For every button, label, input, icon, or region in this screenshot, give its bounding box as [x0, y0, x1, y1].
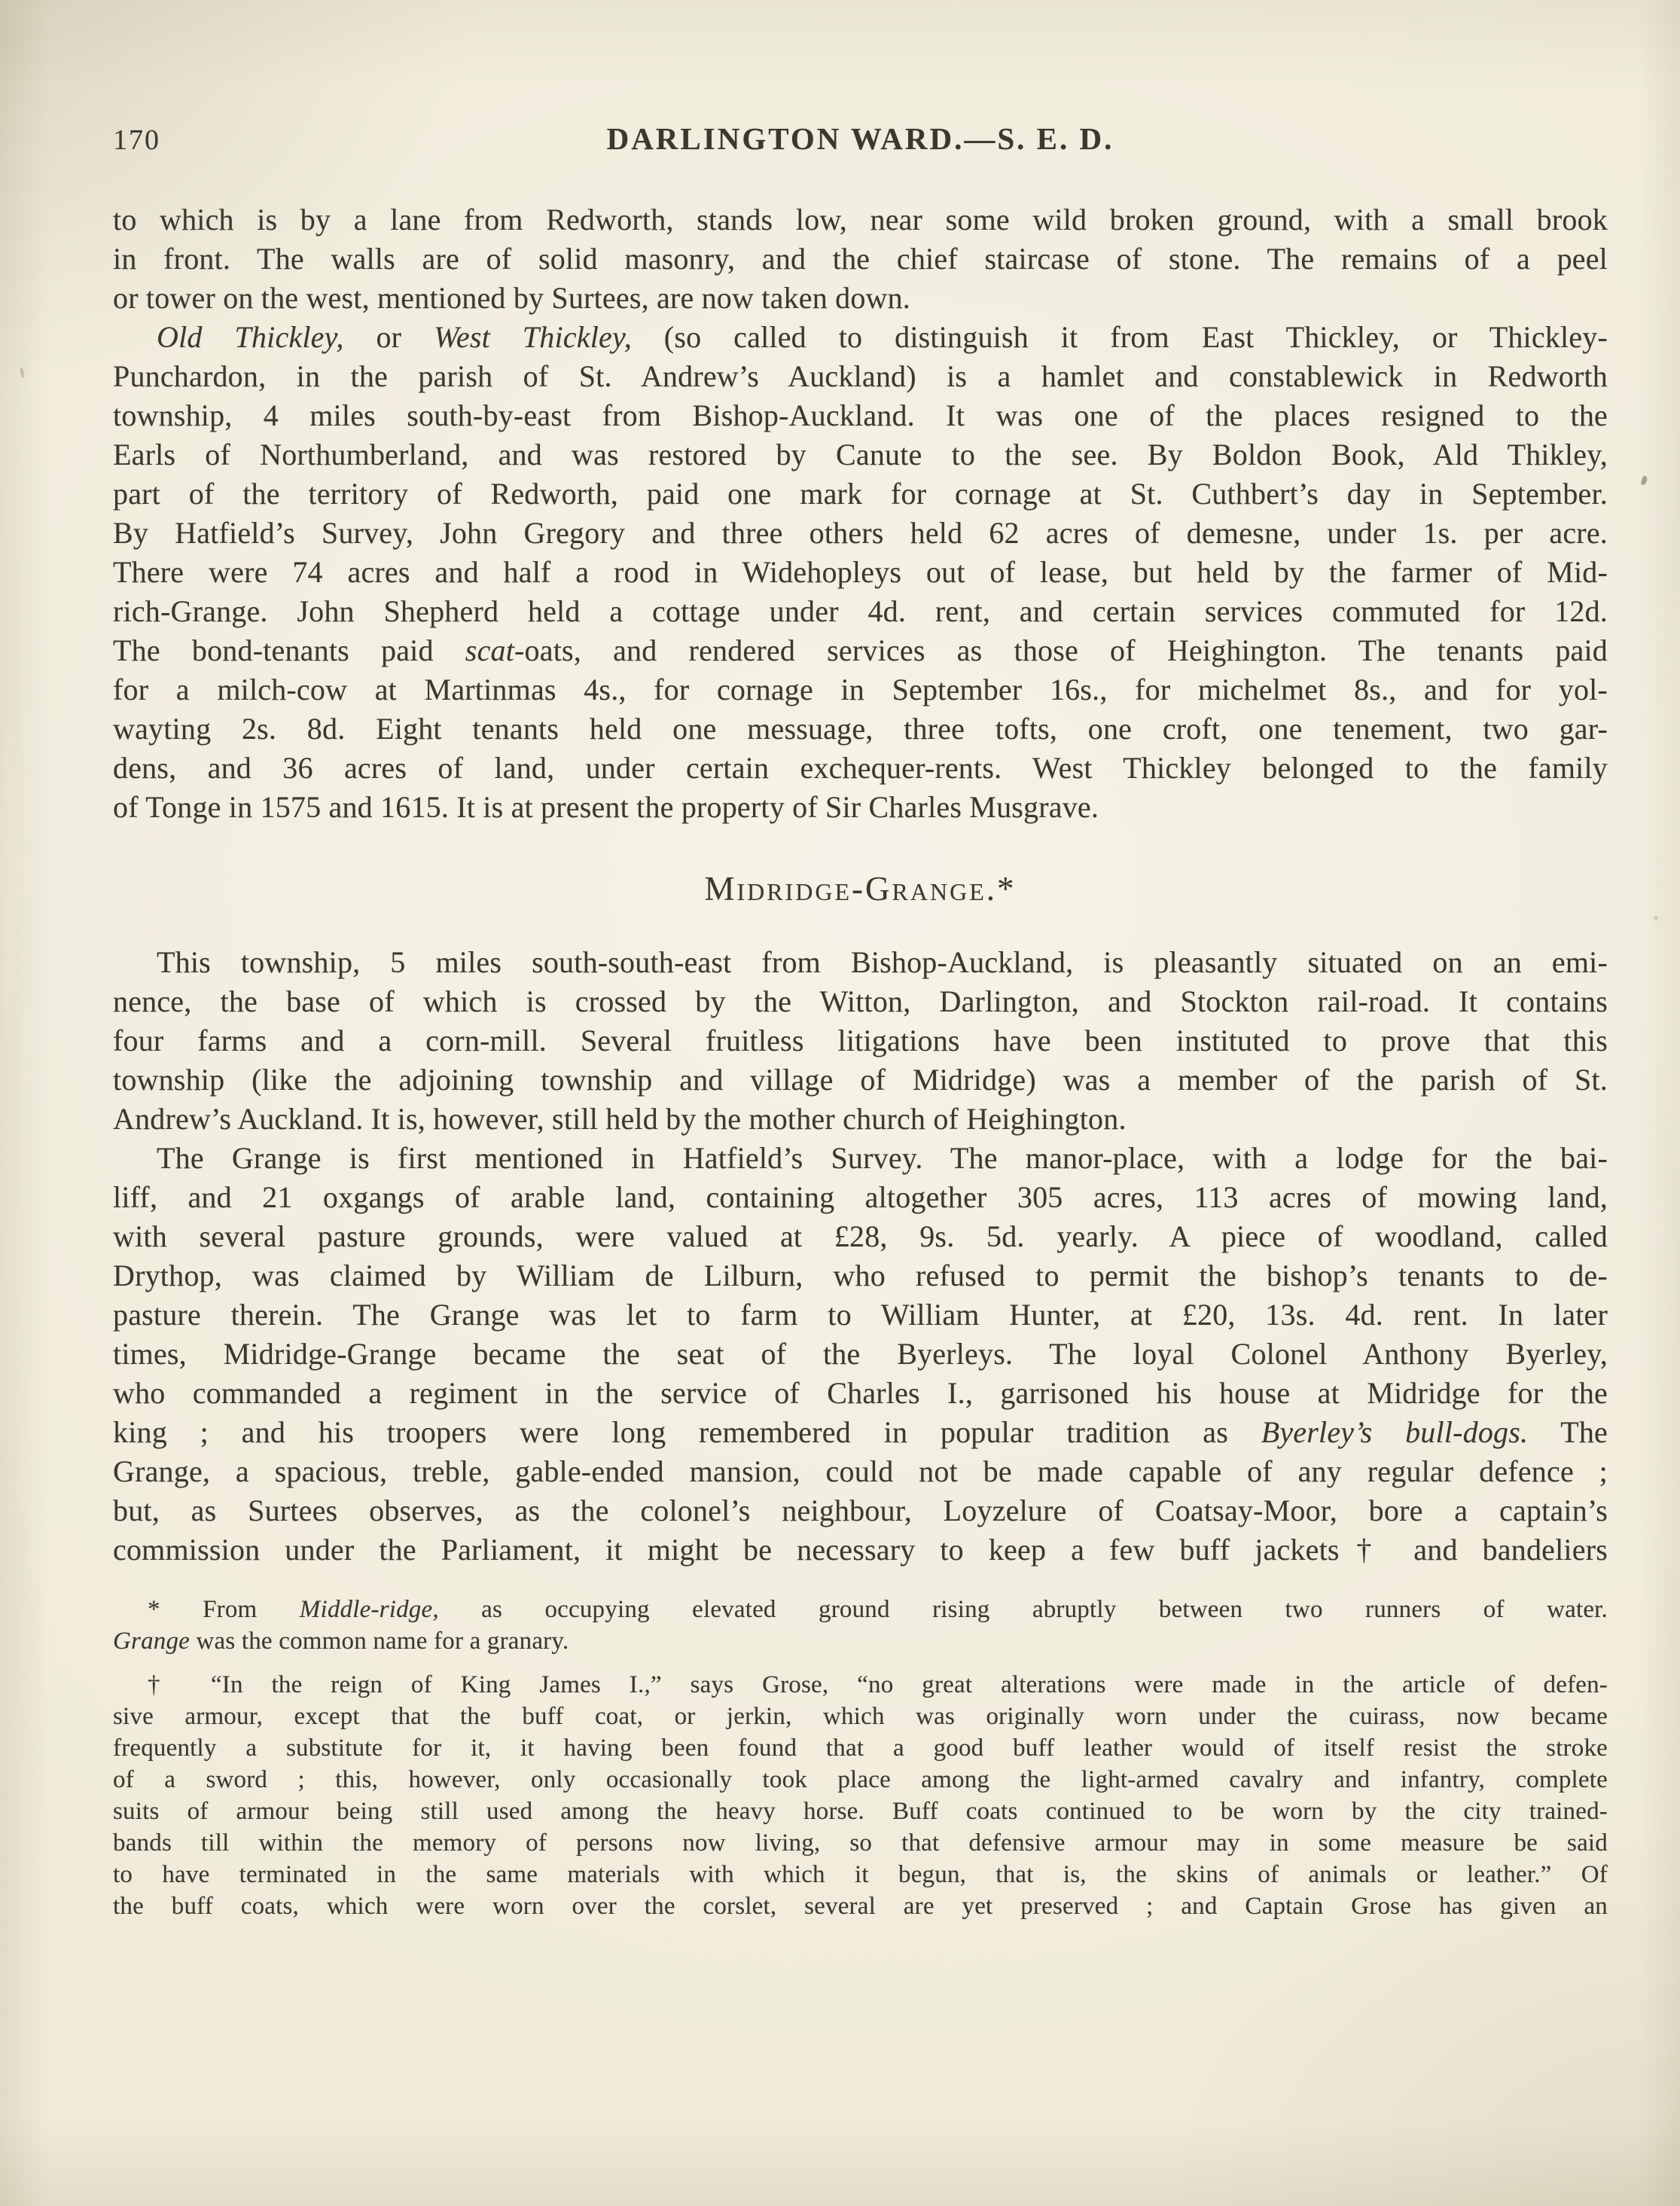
text-line: suits of armour being still used among t…: [113, 1796, 1608, 1827]
text-segment: nence, the base of which is crossed by t…: [113, 984, 1608, 1018]
text-segment: bands till within the memory of persons …: [113, 1829, 1608, 1857]
text-segment: but, as Surtees observes, as the colonel…: [113, 1494, 1608, 1527]
text-segment: Andrew’s Auckland. It is, however, still…: [113, 1102, 1127, 1136]
text-line: By Hatfield’s Survey, John Gregory and t…: [113, 514, 1608, 553]
text-segment: for a milch-cow at Martinmas 4s., for co…: [113, 673, 1608, 706]
text-segment: Grange: [113, 1628, 190, 1655]
text-segment: Middle-ridge,: [300, 1596, 439, 1623]
text-segment: sive armour, except that the buff coat, …: [113, 1703, 1608, 1730]
text-line: rich-Grange. John Shepherd held a cottag…: [113, 592, 1608, 631]
text-segment: suits of armour being still used among t…: [113, 1798, 1608, 1825]
text-segment: Earls of Northumberland, and was restore…: [113, 438, 1608, 471]
text-segment: The Grange is first mentioned in Hatfiel…: [157, 1141, 1608, 1175]
book-page-scan: 170 DARLINGTON WARD.—S. E. D. to which i…: [0, 0, 1680, 2206]
text-segment: The bond-tenants paid: [113, 633, 465, 667]
footnote: † “In the reign of King James I.,” says …: [113, 1669, 1608, 1922]
text-line: of Tonge in 1575 and 1615. It is at pres…: [113, 788, 1608, 827]
text-line: who commanded a regiment in the service …: [113, 1374, 1608, 1413]
text-segment: in front. The walls are of solid masonry…: [113, 242, 1608, 276]
text-segment: or tower on the west, mentioned by Surte…: [113, 281, 910, 315]
text-segment: West Thickley,: [434, 320, 632, 354]
text-line: with several pasture grounds, were value…: [113, 1217, 1608, 1256]
section-heading: Midridge-Grange.*: [113, 869, 1608, 908]
text-segment: Punchardon, in the parish of St. Andrew’…: [113, 359, 1608, 393]
text-line: This township, 5 miles south-south-east …: [113, 943, 1608, 982]
text-line: part of the territory of Redworth, paid …: [113, 474, 1608, 514]
text-line: of a sword ; this, however, only occasio…: [113, 1764, 1608, 1796]
text-segment: Grange, a spacious, treble, gable-ended …: [113, 1454, 1608, 1488]
text-segment: frequently a substitute for it, it havin…: [113, 1735, 1608, 1762]
text-segment: the buff coats, which were worn over the…: [113, 1893, 1608, 1920]
text-segment: (so called to distinguish it from East T…: [632, 320, 1608, 354]
text-segment: -oats, and rendered services as those of…: [514, 633, 1608, 667]
text-segment: scat: [465, 633, 514, 667]
text-segment: who commanded a regiment in the service …: [113, 1376, 1608, 1410]
text-segment: township, 4 miles south-by-east from Bis…: [113, 398, 1608, 432]
text-segment: There were 74 acres and half a rood in W…: [113, 555, 1608, 589]
paragraph: Old Thickley, or West Thickley, (so call…: [113, 318, 1608, 827]
text-line: to which is by a lane from Redworth, sta…: [113, 200, 1608, 240]
text-line: Andrew’s Auckland. It is, however, still…: [113, 1100, 1608, 1139]
text-line: the buff coats, which were worn over the…: [113, 1890, 1608, 1922]
text-line: wayting 2s. 8d. Eight tenants held one m…: [113, 709, 1608, 749]
text-line: frequently a substitute for it, it havin…: [113, 1732, 1608, 1764]
text-line: * From Middle-ridge, as occupying elevat…: [113, 1594, 1608, 1625]
text-segment: township (like the adjoining township an…: [113, 1063, 1608, 1097]
text-line: nence, the base of which is crossed by t…: [113, 982, 1608, 1021]
text-segment: The: [1528, 1415, 1608, 1449]
text-line: The Grange is first mentioned in Hatfiel…: [113, 1139, 1608, 1178]
text-line: times, Midridge-Grange became the seat o…: [113, 1335, 1608, 1374]
text-segment: liff, and 21 oxgangs of arable land, con…: [113, 1180, 1608, 1214]
text-segment: as occupying elevated ground rising abru…: [439, 1596, 1608, 1623]
text-segment: part of the territory of Redworth, paid …: [113, 477, 1608, 511]
text-segment: with several pasture grounds, were value…: [113, 1219, 1608, 1253]
text-segment: pasture therein. The Grange was let to f…: [113, 1298, 1608, 1332]
footnote: * From Middle-ridge, as occupying elevat…: [113, 1594, 1608, 1657]
text-segment: king ; and his troopers were long rememb…: [113, 1415, 1261, 1449]
text-segment: to which is by a lane from Redworth, sta…: [113, 203, 1608, 236]
text-segment: wayting 2s. 8d. Eight tenants held one m…: [113, 712, 1608, 746]
text-line: township, 4 miles south-by-east from Bis…: [113, 396, 1608, 435]
text-line: township (like the adjoining township an…: [113, 1060, 1608, 1100]
text-line: or tower on the west, mentioned by Surte…: [113, 279, 1608, 318]
text-segment: or: [344, 320, 434, 354]
text-line: Grange, a spacious, treble, gable-ended …: [113, 1452, 1608, 1491]
text-segment: This township, 5 miles south-south-east …: [157, 945, 1608, 979]
text-line: Earls of Northumberland, and was restore…: [113, 435, 1608, 474]
text-blocks: to which is by a lane from Redworth, sta…: [113, 200, 1608, 1922]
text-segment: Byerley’s bull-dogs.: [1261, 1415, 1529, 1449]
text-line: Grange was the common name for a granary…: [113, 1625, 1608, 1657]
text-segment: commission under the Parliament, it migh…: [113, 1533, 1608, 1567]
text-line: king ; and his troopers were long rememb…: [113, 1413, 1608, 1452]
text-segment: four farms and a corn-mill. Several frui…: [113, 1024, 1608, 1057]
text-line: for a milch-cow at Martinmas 4s., for co…: [113, 670, 1608, 709]
ink-speck: [1654, 916, 1658, 920]
text-line: in front. The walls are of solid masonry…: [113, 240, 1608, 279]
text-line: liff, and 21 oxgangs of arable land, con…: [113, 1178, 1608, 1217]
text-line: dens, and 36 acres of land, under certai…: [113, 749, 1608, 788]
paragraph: This township, 5 miles south-south-east …: [113, 943, 1608, 1139]
text-line: commission under the Parliament, it migh…: [113, 1530, 1608, 1570]
ink-speck: [1640, 475, 1648, 486]
text-line: sive armour, except that the buff coat, …: [113, 1701, 1608, 1732]
text-line: bands till within the memory of persons …: [113, 1827, 1608, 1859]
text-segment: of Tonge in 1575 and 1615. It is at pres…: [113, 790, 1099, 824]
text-segment: Old Thickley,: [157, 320, 344, 354]
text-segment: * From: [148, 1596, 300, 1623]
running-title: DARLINGTON WARD.—S. E. D.: [113, 121, 1608, 157]
text-segment: rich-Grange. John Shepherd held a cottag…: [113, 594, 1608, 628]
text-line: † “In the reign of King James I.,” says …: [113, 1669, 1608, 1701]
text-line: The bond-tenants paid scat-oats, and ren…: [113, 631, 1608, 670]
ink-speck: [20, 368, 26, 379]
text-line: There were 74 acres and half a rood in W…: [113, 553, 1608, 592]
text-line: but, as Surtees observes, as the colonel…: [113, 1491, 1608, 1530]
paragraph: The Grange is first mentioned in Hatfiel…: [113, 1139, 1608, 1570]
paragraph: to which is by a lane from Redworth, sta…: [113, 200, 1608, 318]
text-column: 170 DARLINGTON WARD.—S. E. D. to which i…: [113, 121, 1608, 1922]
text-segment: † “In the reign of King James I.,” says …: [148, 1671, 1608, 1698]
text-segment: Drythop, was claimed by William de Lilbu…: [113, 1259, 1608, 1292]
text-segment: dens, and 36 acres of land, under certai…: [113, 751, 1608, 785]
text-line: four farms and a corn-mill. Several frui…: [113, 1021, 1608, 1060]
text-line: pasture therein. The Grange was let to f…: [113, 1295, 1608, 1335]
text-line: Old Thickley, or West Thickley, (so call…: [113, 318, 1608, 357]
text-segment: was the common name for a granary.: [190, 1628, 569, 1655]
text-segment: By Hatfield’s Survey, John Gregory and t…: [113, 516, 1608, 550]
page-header: 170 DARLINGTON WARD.—S. E. D.: [113, 121, 1608, 158]
text-segment: of a sword ; this, however, only occasio…: [113, 1766, 1608, 1793]
text-line: Punchardon, in the parish of St. Andrew’…: [113, 357, 1608, 396]
text-line: to have terminated in the same materials…: [113, 1859, 1608, 1890]
text-segment: to have terminated in the same materials…: [113, 1861, 1608, 1888]
text-segment: times, Midridge-Grange became the seat o…: [113, 1337, 1608, 1371]
text-line: Drythop, was claimed by William de Lilbu…: [113, 1256, 1608, 1295]
